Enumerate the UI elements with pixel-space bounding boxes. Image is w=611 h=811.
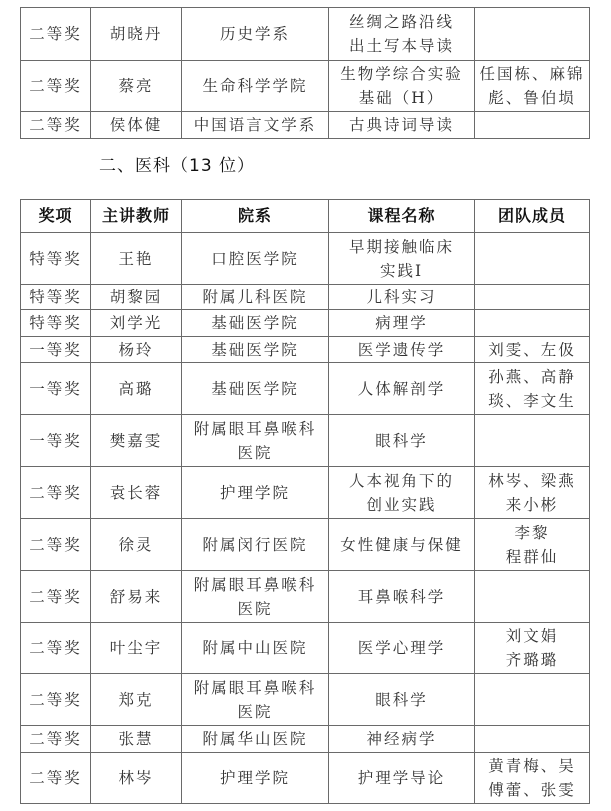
department-cell-line: 附属眼耳鼻喉科	[182, 676, 328, 700]
teacher-cell: 徐灵	[91, 519, 182, 571]
department-cell-line: 生命科学学院	[182, 74, 328, 98]
department-cell: 基础医学院	[182, 363, 329, 415]
team-cell-line: 程群仙	[475, 545, 589, 569]
department-cell: 附属闵行医院	[182, 519, 329, 571]
course-cell: 早期接触临床实践Ⅰ	[329, 233, 475, 285]
course-cell-line: 神经病学	[329, 727, 474, 751]
team-cell-line: 刘雯、左伋	[475, 338, 589, 362]
teacher-cell: 刘学光	[91, 310, 182, 337]
course-cell: 女性健康与保健	[329, 519, 475, 571]
table-row: 一等奖杨玲基础医学院医学遗传学刘雯、左伋	[21, 337, 590, 363]
course-cell: 医学心理学	[329, 623, 475, 674]
teacher-cell: 胡黎园	[91, 285, 182, 310]
department-cell: 附属中山医院	[182, 623, 329, 674]
team-cell: 孙燕、高静琰、李文生	[475, 363, 590, 415]
award-cell: 一等奖	[21, 363, 91, 415]
engineering-awards-table-continued: 二等奖胡晓丹历史学系丝绸之路沿线出土写本导读二等奖蔡亮生命科学学院生物学综合实验…	[20, 7, 590, 139]
team-cell	[475, 285, 590, 310]
course-cell-line: 生物学综合实验	[329, 62, 474, 86]
teacher-cell: 林岑	[91, 753, 182, 804]
course-cell: 眼科学	[329, 674, 475, 726]
table-row: 二等奖张慧附属华山医院神经病学	[21, 726, 590, 753]
course-cell-line: 丝绸之路沿线	[329, 10, 474, 34]
table-row: 二等奖蔡亮生命科学学院生物学综合实验基础（H）任国栋、麻锦彪、鲁伯埙	[21, 61, 590, 112]
course-cell: 神经病学	[329, 726, 475, 753]
course-cell-line: 基础（H）	[329, 86, 474, 110]
team-cell-line: 李黎	[475, 521, 589, 545]
course-cell-line: 创业实践	[329, 493, 474, 517]
table-row: 特等奖王艳口腔医学院早期接触临床实践Ⅰ	[21, 233, 590, 285]
department-cell-line: 附属华山医院	[182, 727, 328, 751]
course-cell: 人体解剖学	[329, 363, 475, 415]
department-cell-line: 医院	[182, 700, 328, 724]
table-row: 特等奖刘学光基础医学院病理学	[21, 310, 590, 337]
department-cell: 中国语言文学系	[182, 112, 329, 139]
team-cell	[475, 233, 590, 285]
team-cell: 任国栋、麻锦彪、鲁伯埙	[475, 61, 590, 112]
header-department: 院系	[182, 200, 329, 233]
course-cell-line: 眼科学	[329, 688, 474, 712]
course-cell: 眼科学	[329, 415, 475, 467]
team-cell: 林岑、梁燕来小彬	[475, 467, 590, 519]
department-cell-line: 护理学院	[182, 766, 328, 790]
team-cell: 刘文娟齐璐璐	[475, 623, 590, 674]
header-team: 团队成员	[475, 200, 590, 233]
team-cell	[475, 8, 590, 61]
course-cell-line: 医学遗传学	[329, 338, 474, 362]
department-cell-line: 基础医学院	[182, 311, 328, 335]
department-cell-line: 附属眼耳鼻喉科	[182, 417, 328, 441]
department-cell: 附属儿科医院	[182, 285, 329, 310]
teacher-cell: 郑克	[91, 674, 182, 726]
department-cell-line: 医院	[182, 441, 328, 465]
course-cell-line: 眼科学	[329, 429, 474, 453]
top-table-body: 二等奖胡晓丹历史学系丝绸之路沿线出土写本导读二等奖蔡亮生命科学学院生物学综合实验…	[21, 8, 590, 139]
course-cell: 医学遗传学	[329, 337, 475, 363]
table-row: 一等奖高璐基础医学院人体解剖学孙燕、高静琰、李文生	[21, 363, 590, 415]
award-cell: 特等奖	[21, 285, 91, 310]
course-cell: 生物学综合实验基础（H）	[329, 61, 475, 112]
department-cell: 护理学院	[182, 753, 329, 804]
team-cell-line: 孙燕、高静	[475, 365, 589, 389]
table-row: 二等奖叶尘宇附属中山医院医学心理学刘文娟齐璐璐	[21, 623, 590, 674]
team-cell	[475, 674, 590, 726]
award-cell: 二等奖	[21, 571, 91, 623]
course-cell-line: 古典诗词导读	[329, 113, 474, 137]
department-cell-line: 医院	[182, 597, 328, 621]
department-cell-line: 附属眼耳鼻喉科	[182, 573, 328, 597]
course-cell: 护理学导论	[329, 753, 475, 804]
teacher-cell: 胡晓丹	[91, 8, 182, 61]
course-cell-line: 儿科实习	[329, 285, 474, 309]
course-cell-line: 病理学	[329, 311, 474, 335]
award-cell: 二等奖	[21, 112, 91, 139]
teacher-cell: 袁长蓉	[91, 467, 182, 519]
award-cell: 二等奖	[21, 467, 91, 519]
department-cell-line: 附属中山医院	[182, 636, 328, 660]
award-cell: 二等奖	[21, 623, 91, 674]
table-row: 二等奖徐灵附属闵行医院女性健康与保健李黎程群仙	[21, 519, 590, 571]
table-row: 二等奖侯体健中国语言文学系古典诗词导读	[21, 112, 590, 139]
team-cell	[475, 726, 590, 753]
course-cell-line: 耳鼻喉科学	[329, 585, 474, 609]
award-cell: 二等奖	[21, 726, 91, 753]
table-row: 一等奖樊嘉雯附属眼耳鼻喉科医院眼科学	[21, 415, 590, 467]
award-cell: 一等奖	[21, 337, 91, 363]
header-teacher: 主讲教师	[91, 200, 182, 233]
team-cell	[475, 112, 590, 139]
team-cell-line: 彪、鲁伯埙	[475, 86, 589, 110]
award-cell: 特等奖	[21, 233, 91, 285]
department-cell: 历史学系	[182, 8, 329, 61]
course-cell-line: 女性健康与保健	[329, 533, 474, 557]
table-row: 二等奖袁长蓉护理学院人本视角下的创业实践林岑、梁燕来小彬	[21, 467, 590, 519]
team-cell: 刘雯、左伋	[475, 337, 590, 363]
team-cell-line: 傅蕾、张雯	[475, 778, 589, 802]
team-cell: 黄青梅、吴傅蕾、张雯	[475, 753, 590, 804]
course-cell-line: 人体解剖学	[329, 377, 474, 401]
table-row: 二等奖郑克附属眼耳鼻喉科医院眼科学	[21, 674, 590, 726]
course-cell-line: 人本视角下的	[329, 469, 474, 493]
table-header-row: 奖项 主讲教师 院系 课程名称 团队成员	[21, 200, 590, 233]
department-cell: 护理学院	[182, 467, 329, 519]
teacher-cell: 张慧	[91, 726, 182, 753]
department-cell-line: 附属儿科医院	[182, 285, 328, 309]
teacher-cell: 高璐	[91, 363, 182, 415]
department-cell: 生命科学学院	[182, 61, 329, 112]
award-cell: 二等奖	[21, 8, 91, 61]
course-cell-line: 实践Ⅰ	[329, 259, 474, 283]
medicine-awards-table: 奖项 主讲教师 院系 课程名称 团队成员 特等奖王艳口腔医学院早期接触临床实践Ⅰ…	[20, 199, 590, 804]
award-cell: 二等奖	[21, 674, 91, 726]
course-cell: 人本视角下的创业实践	[329, 467, 475, 519]
course-cell-line: 护理学导论	[329, 766, 474, 790]
section-heading-medicine: 二、医科（13 位）	[99, 151, 255, 176]
course-cell-line: 医学心理学	[329, 636, 474, 660]
table-row: 二等奖舒易来附属眼耳鼻喉科医院耳鼻喉科学	[21, 571, 590, 623]
course-cell: 耳鼻喉科学	[329, 571, 475, 623]
department-cell-line: 口腔医学院	[182, 247, 328, 271]
table-row: 二等奖胡晓丹历史学系丝绸之路沿线出土写本导读	[21, 8, 590, 61]
teacher-cell: 叶尘宇	[91, 623, 182, 674]
department-cell-line: 护理学院	[182, 481, 328, 505]
award-cell: 二等奖	[21, 519, 91, 571]
award-cell: 二等奖	[21, 753, 91, 804]
department-cell-line: 历史学系	[182, 22, 328, 46]
course-cell: 古典诗词导读	[329, 112, 475, 139]
department-cell-line: 附属闵行医院	[182, 533, 328, 557]
teacher-cell: 蔡亮	[91, 61, 182, 112]
table-row: 特等奖胡黎园附属儿科医院儿科实习	[21, 285, 590, 310]
bottom-table-body: 特等奖王艳口腔医学院早期接触临床实践Ⅰ特等奖胡黎园附属儿科医院儿科实习特等奖刘学…	[21, 233, 590, 804]
department-cell: 附属眼耳鼻喉科医院	[182, 415, 329, 467]
team-cell-line: 刘文娟	[475, 624, 589, 648]
department-cell-line: 中国语言文学系	[182, 113, 328, 137]
teacher-cell: 樊嘉雯	[91, 415, 182, 467]
course-cell-line: 早期接触临床	[329, 235, 474, 259]
team-cell-line: 黄青梅、吴	[475, 754, 589, 778]
course-cell: 病理学	[329, 310, 475, 337]
teacher-cell: 侯体健	[91, 112, 182, 139]
table-row: 二等奖林岑护理学院护理学导论黄青梅、吴傅蕾、张雯	[21, 753, 590, 804]
team-cell-line: 林岑、梁燕	[475, 469, 589, 493]
team-cell-line: 来小彬	[475, 493, 589, 517]
header-course: 课程名称	[329, 200, 475, 233]
course-cell: 儿科实习	[329, 285, 475, 310]
team-cell-line: 任国栋、麻锦	[475, 62, 589, 86]
teacher-cell: 杨玲	[91, 337, 182, 363]
department-cell-line: 基础医学院	[182, 377, 328, 401]
team-cell: 李黎程群仙	[475, 519, 590, 571]
award-cell: 特等奖	[21, 310, 91, 337]
award-cell: 一等奖	[21, 415, 91, 467]
course-cell-line: 出土写本导读	[329, 34, 474, 58]
department-cell: 口腔医学院	[182, 233, 329, 285]
team-cell-line: 齐璐璐	[475, 648, 589, 672]
course-cell: 丝绸之路沿线出土写本导读	[329, 8, 475, 61]
team-cell	[475, 310, 590, 337]
team-cell	[475, 571, 590, 623]
department-cell: 基础医学院	[182, 310, 329, 337]
teacher-cell: 舒易来	[91, 571, 182, 623]
department-cell: 附属眼耳鼻喉科医院	[182, 674, 329, 726]
header-award: 奖项	[21, 200, 91, 233]
team-cell	[475, 415, 590, 467]
award-cell: 二等奖	[21, 61, 91, 112]
teacher-cell: 王艳	[91, 233, 182, 285]
department-cell-line: 基础医学院	[182, 338, 328, 362]
department-cell: 附属华山医院	[182, 726, 329, 753]
department-cell: 附属眼耳鼻喉科医院	[182, 571, 329, 623]
team-cell-line: 琰、李文生	[475, 389, 589, 413]
department-cell: 基础医学院	[182, 337, 329, 363]
